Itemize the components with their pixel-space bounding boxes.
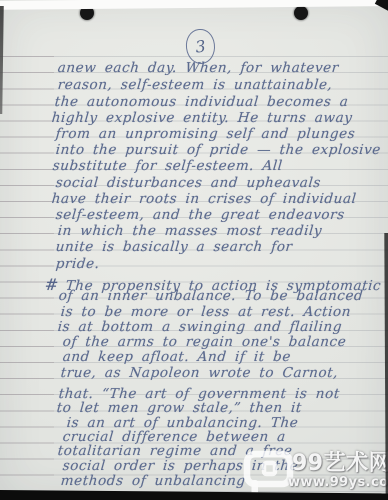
manuscript-line: substitute for self-esteem. All: [52, 158, 283, 174]
manuscript-line: and keep afloat. And if it be: [62, 349, 292, 365]
photo-edge-top: [0, 0, 388, 10]
manuscript-line: to let men grow stale,” then it: [56, 400, 303, 416]
hole-punch-left: [80, 6, 94, 20]
page-number: 3: [194, 36, 206, 56]
photo-edge-top-right: [375, 0, 388, 11]
ruled-lines-left-margin: [0, 41, 54, 493]
manuscript-line: social order is perhaps in the: [62, 458, 299, 474]
manuscript-line: anew each day. When, for whatever: [57, 60, 340, 76]
manuscript-line: unite is basically a search for: [55, 239, 293, 255]
manuscript-line: the autonomous individual becomes a: [54, 94, 349, 110]
manuscript-line: from an unpromising self and plunges: [55, 126, 356, 142]
watermark-site-name: 99艺术网: [292, 446, 388, 477]
manuscript-line: of an inner unbalance. To be balanced: [58, 288, 364, 304]
manuscript-line: totalitarian regime and a free: [57, 443, 293, 459]
stray-ink-mark: [15, 2, 21, 9]
manuscript-line: is to be more or less at rest. Action: [60, 304, 352, 320]
manuscript-line: self-esteem, and the great endeavors: [55, 207, 345, 223]
manuscript-line: social disturbances and upheavals: [55, 175, 322, 191]
watermark-site-url: www.99ys.com: [288, 475, 388, 490]
hole-punch-right: [294, 6, 308, 20]
manuscript-line: into the pursuit of pride — the explosiv…: [55, 142, 382, 158]
manuscript-line: true, as Napoleon wrote to Carnot,: [60, 365, 339, 381]
paragraph-mark: #: [44, 275, 60, 294]
photo-edge-bottom: [0, 490, 388, 500]
manuscript-line: methods of unbalancing: [60, 473, 246, 489]
photo-edge-right: [384, 233, 388, 500]
manuscript-line: is at bottom a swinging and flailing: [57, 319, 343, 335]
manuscript-line: highly explosive entity. He turns away: [51, 110, 353, 126]
manuscript-line: of the arms to regain one's balance: [62, 334, 347, 350]
manuscript-photo: 3 anew each day. When, for whatever reas…: [0, 0, 388, 500]
manuscript-line: in which the masses most readily: [57, 223, 323, 239]
manuscript-line: have their roots in crises of individual: [51, 191, 357, 207]
photo-edge-left: [0, 6, 3, 114]
manuscript-line: pride.: [55, 256, 100, 272]
manuscript-line: reason, self-esteem is unattainable,: [57, 77, 333, 93]
